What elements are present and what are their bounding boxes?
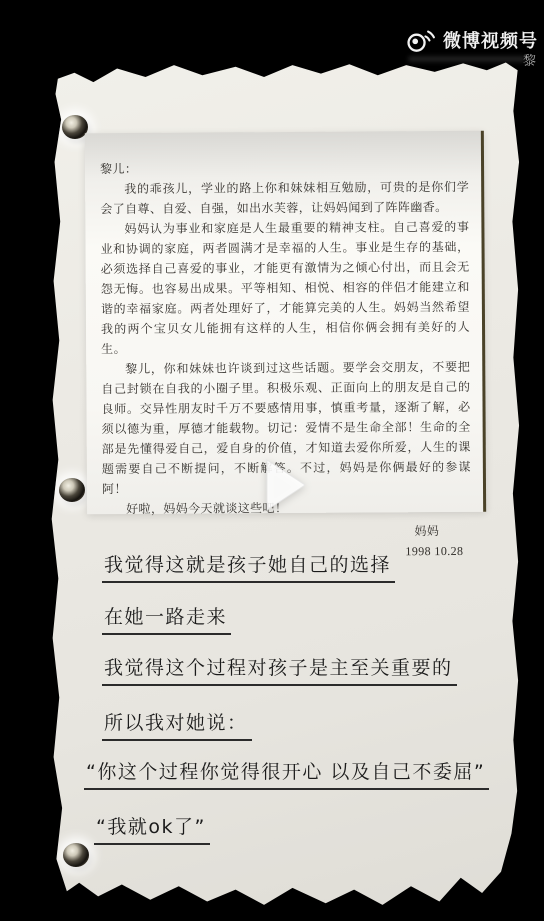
subtitle-line: 我觉得这就是孩子她自己的选择 <box>102 550 395 583</box>
binder-rivet-bottom <box>63 843 89 867</box>
subtitle-line: “你这个过程你觉得很开心 以及自己不委屈” <box>84 757 489 790</box>
subtitle-line: 所以我对她说： <box>102 708 252 741</box>
letter-salutation: 黎儿： <box>100 157 469 179</box>
letter-photo: 黎儿： 我的乖孩儿，学业的路上你和妹妹相互勉励，可贵的是你们学会了自尊、自爱、自… <box>85 131 486 514</box>
letter-paragraph: 妈妈认为事业和家庭是人生最重要的精神支柱。自己喜爱的事业和协调的家庭，两者圆满才… <box>100 217 470 359</box>
subtitle-line: “我就ok了” <box>94 812 210 845</box>
letter-paragraph: 我的乖孩儿，学业的路上你和妹妹相互勉励，可贵的是你们学会了自尊、自爱、自强，如出… <box>100 177 469 219</box>
subtitle-line: 在她一路走来 <box>102 602 231 635</box>
watermark-scribble <box>408 56 526 62</box>
weibo-eye-icon <box>405 26 437 54</box>
letter-signature: 妈妈 <box>102 521 471 543</box>
binder-rivet-middle <box>59 478 85 502</box>
subtitle-line: 我觉得这个过程对孩子是主至关重要的 <box>102 653 457 686</box>
weibo-video-logo: 微博视频号 <box>405 26 538 54</box>
play-triangle-icon <box>265 458 307 512</box>
play-icon[interactable] <box>265 458 307 512</box>
video-frame: { "brand": { "logo_text": "微博视频号", "wate… <box>0 0 544 921</box>
watermark-username: 黎 <box>523 50 536 69</box>
